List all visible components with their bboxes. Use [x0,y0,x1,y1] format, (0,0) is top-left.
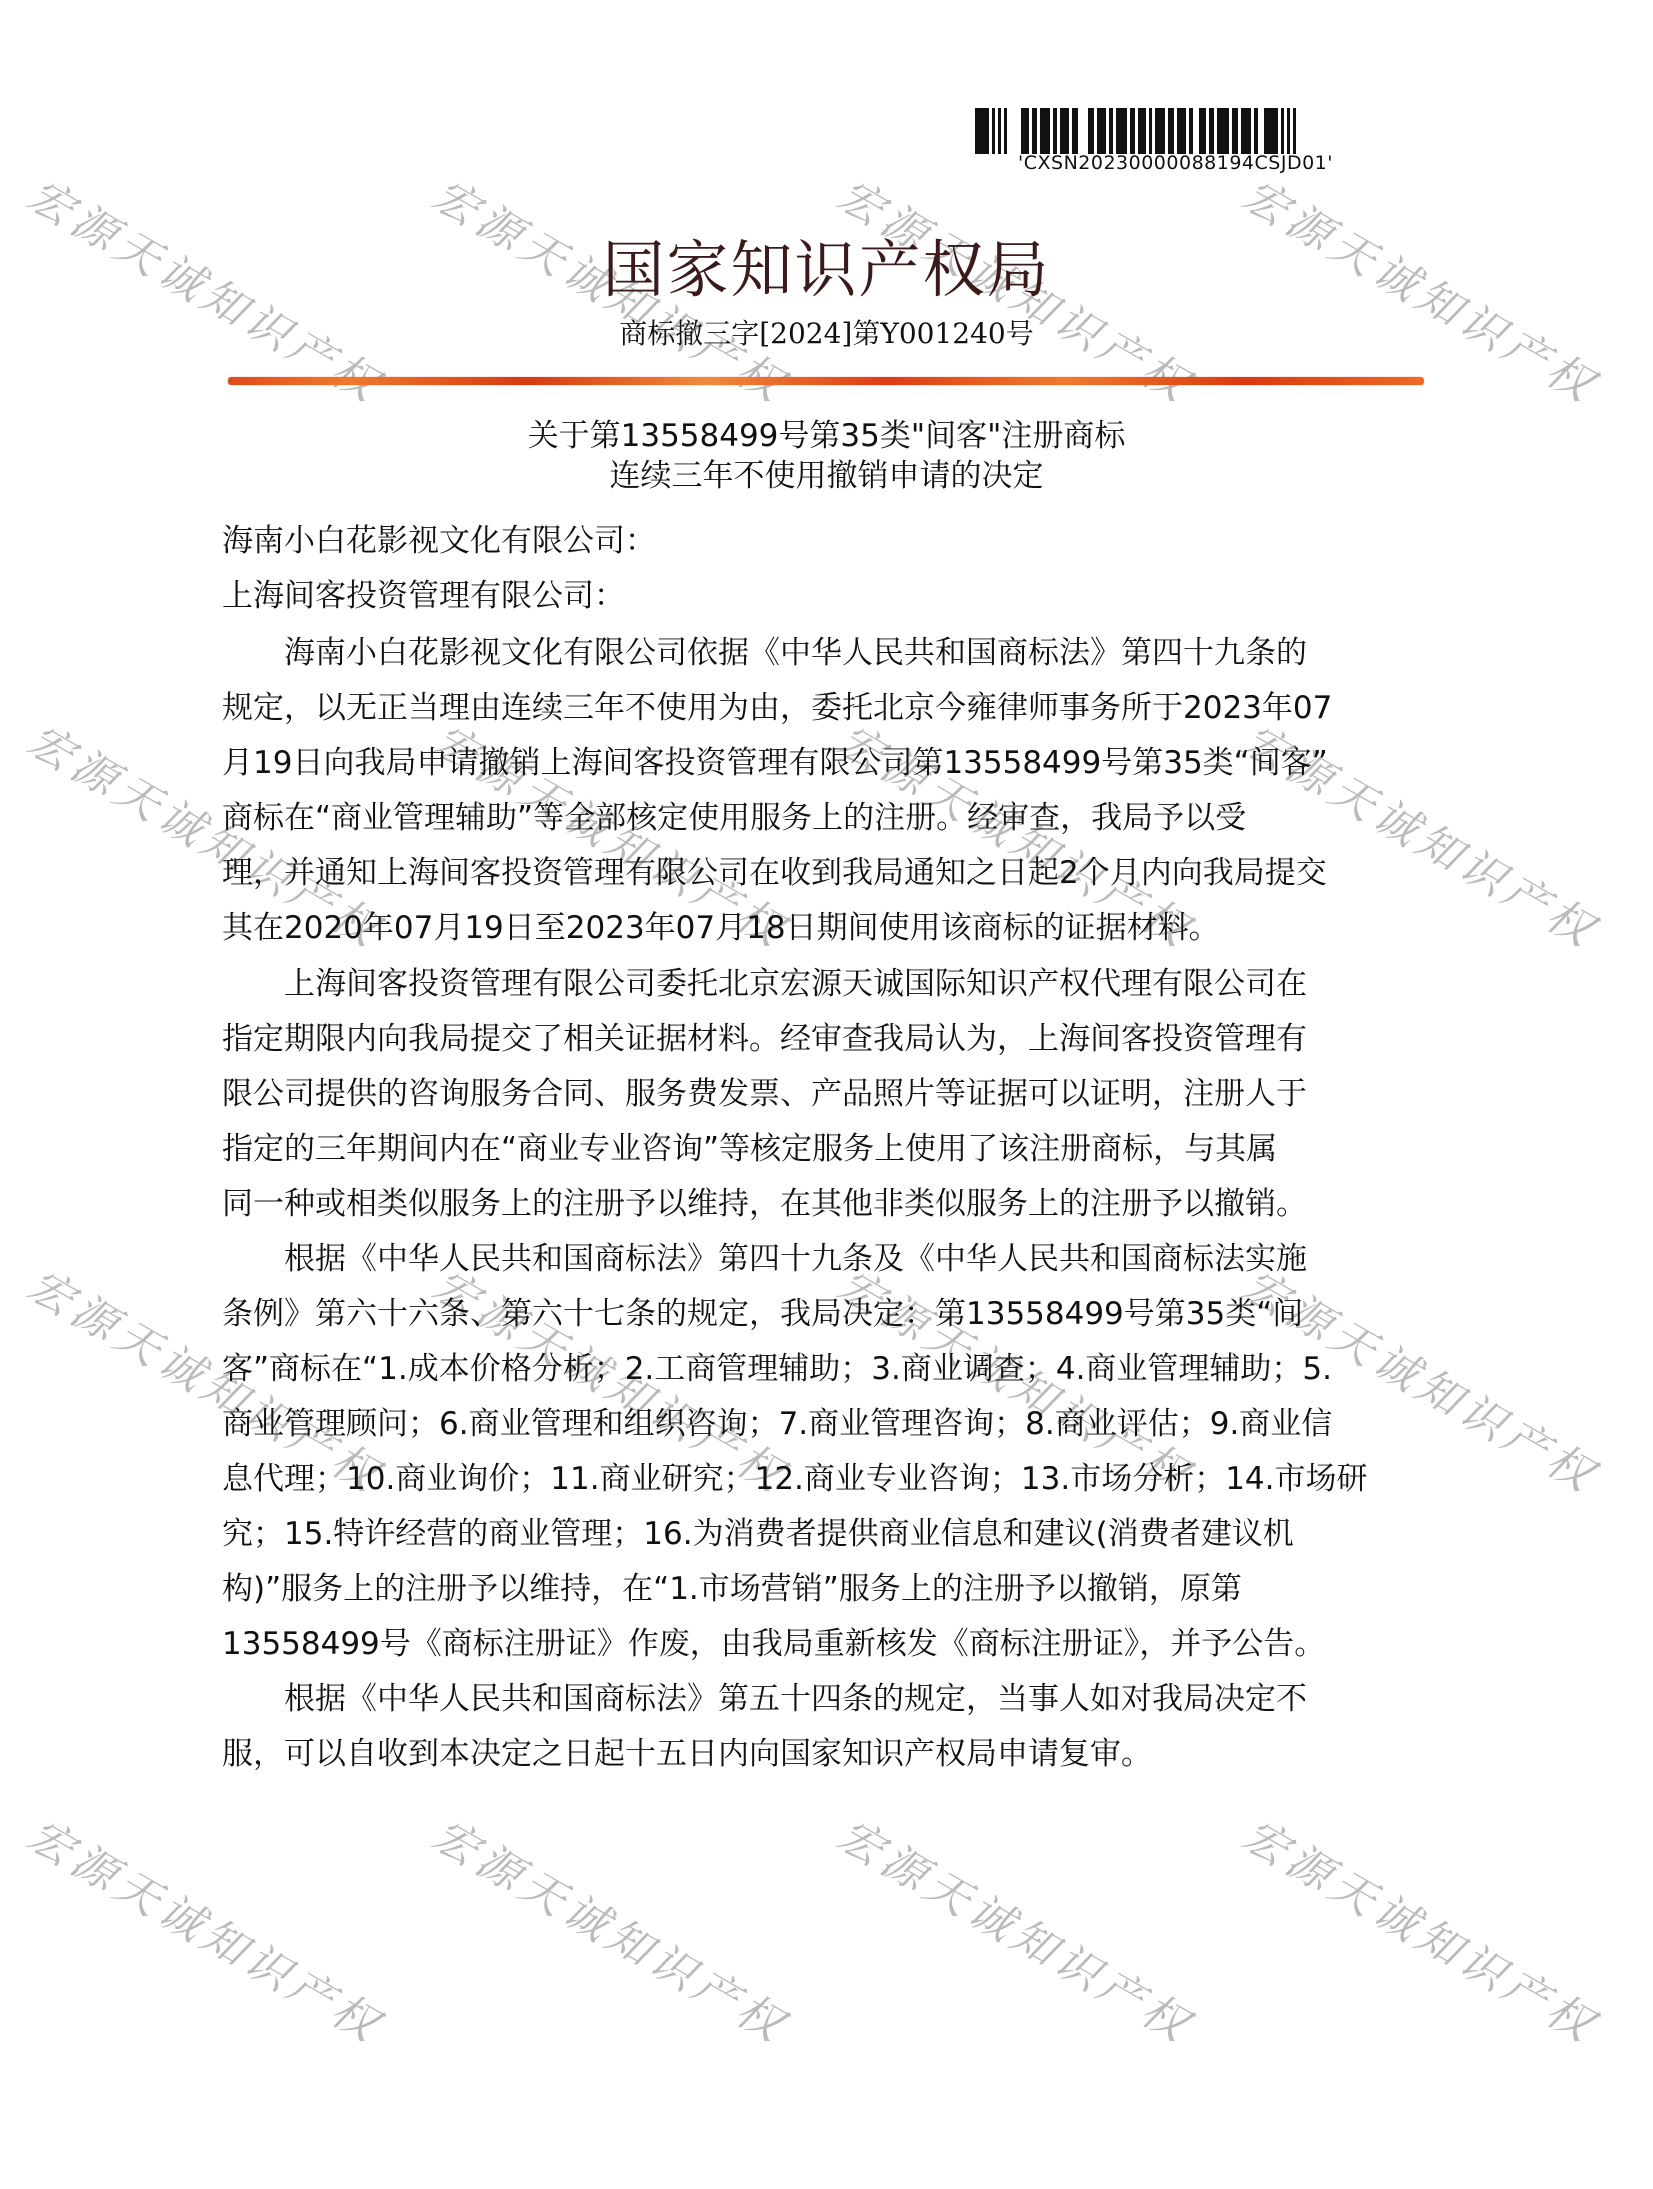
watermark: 宏源天诚知识产权 [828,1800,1206,2055]
agency-name: 国家知识产权局 [0,220,1653,309]
watermark: 宏源天诚知识产权 [423,1800,801,2055]
addressee: 上海间客投资管理有限公司： [222,570,625,615]
body-line: 同一种或相类似服务上的注册予以维持，在其他非类似服务上的注册予以撤销。 [222,1178,1307,1223]
body-line: 服，可以自收到本决定之日起十五日内向国家知识产权局申请复审。 [222,1728,1152,1773]
decision-title-line2: 连续三年不使用撤销申请的决定 [0,450,1653,495]
body-line: 条例》第六十六条、第六十七条的规定，我局决定：第13558499号第35类“间 [222,1288,1303,1333]
addressee: 海南小白花影视文化有限公司： [222,515,656,560]
body-line: 究；15.特许经营的商业管理；16.为消费者提供商业信息和建议(消费者建议机 [222,1508,1294,1553]
barcode [975,108,1355,154]
watermark: 宏源天诚知识产权 [18,1800,396,2055]
body-line: 根据《中华人民共和国商标法》第四十九条及《中华人民共和国商标法实施 [222,1233,1307,1278]
body-line: 海南小白花影视文化有限公司依据《中华人民共和国商标法》第四十九条的 [222,627,1307,672]
red-rule-divider [228,377,1424,385]
document-number: 商标撤三字[2024]第Y001240号 [0,312,1653,352]
body-line: 指定的三年期间内在“商业专业咨询”等核定服务上使用了该注册商标，与其属 [222,1123,1277,1168]
body-line: 指定期限内向我局提交了相关证据材料。经审查我局认为，上海间客投资管理有 [222,1013,1307,1058]
body-line: 13558499号《商标注册证》作废，由我局重新核发《商标注册证》，并予公告。 [222,1618,1325,1663]
body-line: 其在2020年07月19日至2023年07月18日期间使用该商标的证据材料。 [222,902,1220,947]
body-line: 商标在“商业管理辅助”等全部核定使用服务上的注册。经审查，我局予以受 [222,792,1246,837]
body-line: 客”商标在“1.成本价格分析；2.工商管理辅助；3.商业调查；4.商业管理辅助；… [222,1343,1332,1388]
body-line: 限公司提供的咨询服务合同、服务费发票、产品照片等证据可以证明，注册人于 [222,1068,1307,1113]
body-line: 构)”服务上的注册予以维持，在“1.市场营销”服务上的注册予以撤销，原第 [222,1563,1242,1608]
body-line: 理，并通知上海间客投资管理有限公司在收到我局通知之日起2个月内向我局提交 [222,847,1327,892]
body-line: 月19日向我局申请撤销上海间客投资管理有限公司第13558499号第35类“间客… [222,737,1328,782]
body-line: 规定，以无正当理由连续三年不使用为由，委托北京今雍律师事务所于2023年07 [222,682,1332,727]
barcode-code: 'CXSN20230000088194CSJD01' [1018,152,1333,174]
body-line: 上海间客投资管理有限公司委托北京宏源天诚国际知识产权代理有限公司在 [222,958,1307,1003]
decision-title-line1: 关于第13558499号第35类"间客"注册商标 [0,410,1653,455]
body-line: 息代理；10.商业询价；11.商业研究；12.商业专业咨询；13.市场分析；14… [222,1453,1368,1498]
watermark: 宏源天诚知识产权 [1233,1800,1611,2055]
body-line: 根据《中华人民共和国商标法》第五十四条的规定，当事人如对我局决定不 [222,1673,1307,1718]
body-line: 商业管理顾问；6.商业管理和组织咨询；7.商业管理咨询；8.商业评估；9.商业信 [222,1398,1332,1443]
document-page: 宏源天诚知识产权 宏源天诚知识产权 宏源天诚知识产权 宏源天诚知识产权 宏源天诚… [0,0,1653,2189]
